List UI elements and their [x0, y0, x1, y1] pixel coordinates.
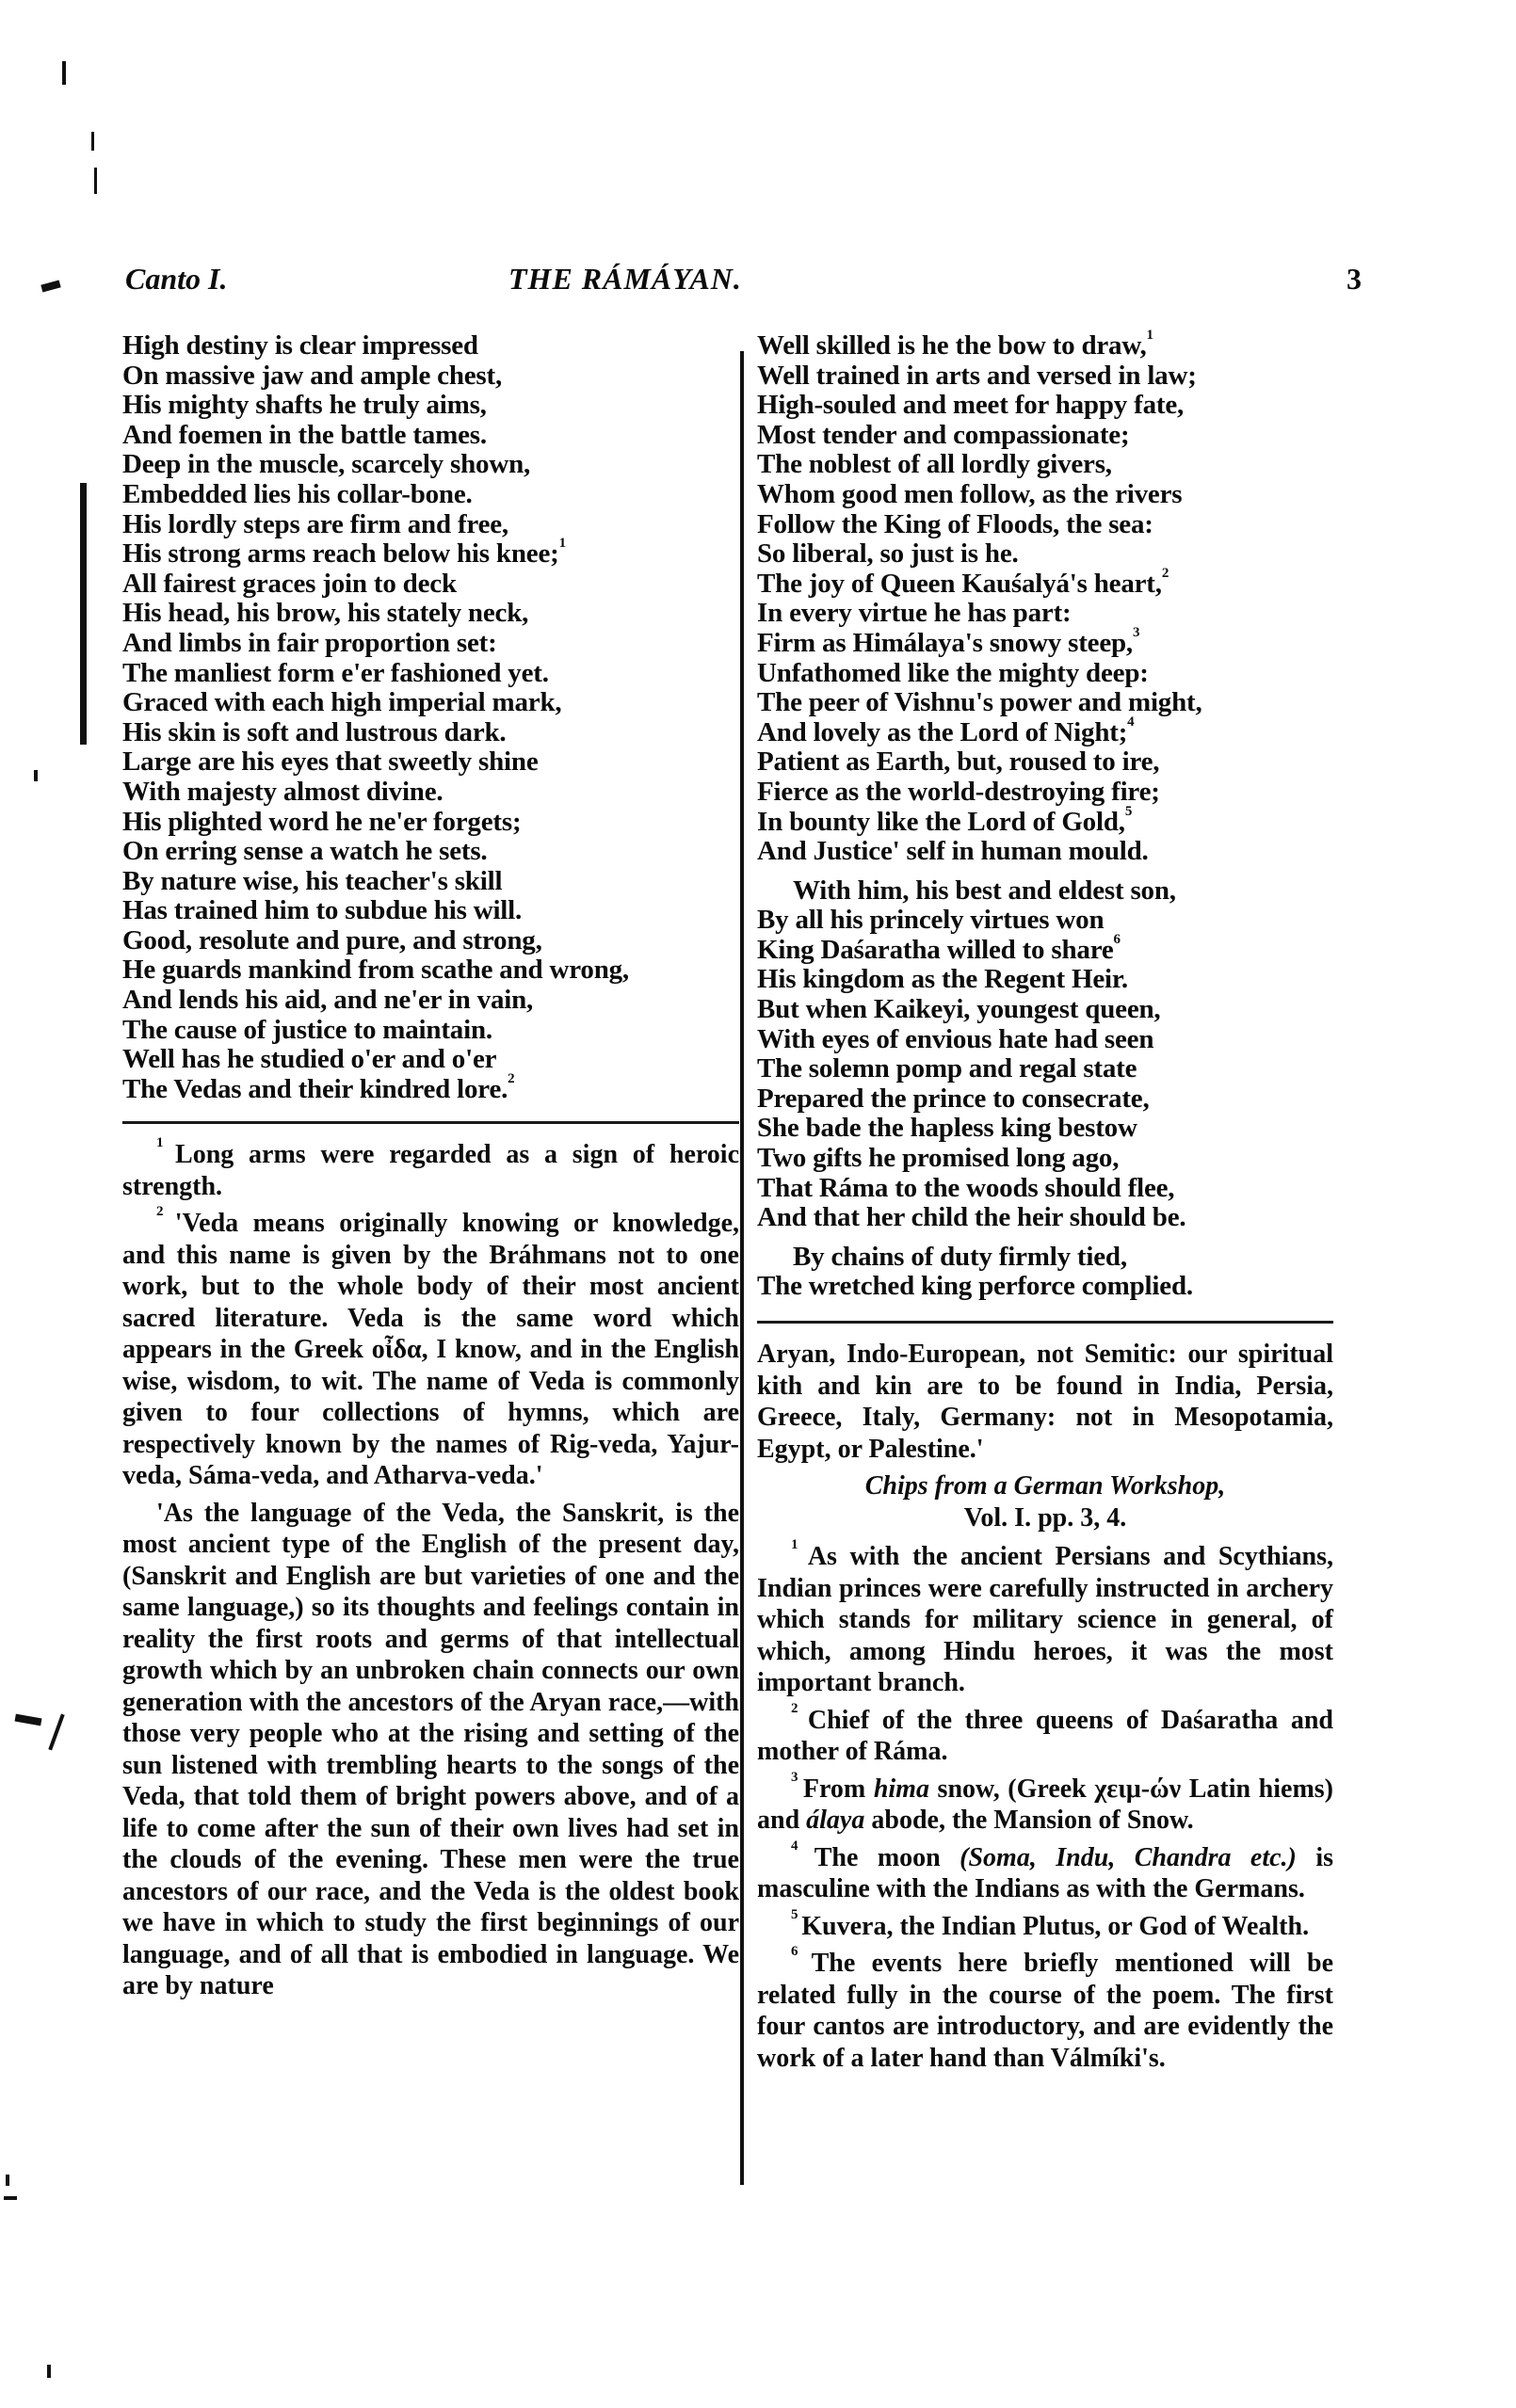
verse-text: And limbs in fair proportion set: [122, 628, 497, 658]
verse-line: With eyes of envious hate had seen [757, 1025, 1333, 1055]
verse-line: High destiny is clear impressed [122, 331, 739, 361]
verse-line: Embedded lies his collar-bone. [122, 480, 739, 510]
verse-line: And that her child the heir should be. [757, 1203, 1333, 1233]
verse-text: His lordly steps are firm and free, [122, 509, 508, 539]
verse-line: On erring sense a watch he sets. [122, 837, 739, 867]
footnote-text: Chief of the three queens of Daśaratha a… [757, 1706, 1333, 1767]
verse-text: The joy of Queen Kauśalyá's heart, [757, 569, 1162, 599]
verse-line: In bounty like the Lord of Gold,5 [757, 808, 1333, 838]
footnote-marker: 1 [1147, 328, 1153, 343]
verse-line: Prepared the prince to consecrate, [757, 1084, 1333, 1115]
verse-line: With majesty almost divine. [122, 778, 739, 808]
footnote-rule [122, 1121, 739, 1124]
verse-line: The wretched king perforce complied. [757, 1272, 1333, 1302]
verse-line: Well skilled is he the bow to draw,1 [757, 331, 1333, 361]
footnote-marker: 2 [1162, 566, 1169, 581]
verse-text: He guards mankind from scathe and wrong, [122, 955, 629, 985]
footnote-marker: 1 [156, 1135, 175, 1150]
verse-text: In every virtue he has part: [757, 598, 1072, 628]
margin-mark [6, 2175, 9, 2186]
verse-text: Whom good men follow, as the rivers [757, 479, 1182, 509]
verse-text: Most tender and compassionate; [757, 420, 1129, 450]
verse-text: His kingdom as the Regent Heir. [757, 964, 1128, 994]
footnote-italic: (Soma, Indu, Chandra etc.) [960, 1843, 1297, 1872]
footnote: 4 The moon (Soma, Indu, Chandra etc.) is… [757, 1842, 1333, 1905]
footnote-text: abode, the Mansion of Snow. [864, 1806, 1193, 1835]
footnote-marker: 3 [1133, 625, 1139, 640]
verse-line: And foemen in the battle tames. [122, 421, 739, 451]
verse-line: On massive jaw and ample chest, [122, 361, 739, 392]
verse-text: Has trained him to subdue his will. [122, 895, 522, 925]
verse-line: His skin is soft and lustrous dark. [122, 718, 739, 748]
left-column: High destiny is clear impressedOn massiv… [122, 331, 739, 2008]
footnote-text: The moon [814, 1843, 960, 1872]
verse-line: By chains of duty firmly tied, [757, 1243, 1333, 1273]
footnote-marker: 1 [559, 536, 566, 551]
verse-text: By nature wise, his teacher's skill [122, 866, 502, 896]
margin-mark [62, 61, 66, 85]
verse-text: And Justice' self in human mould. [757, 836, 1149, 866]
footnote-text: 'Veda means originally knowing or knowle… [122, 1209, 739, 1490]
margin-mark [15, 1714, 42, 1726]
footnote-rule [757, 1321, 1333, 1324]
verse-text: The solemn pomp and regal state [757, 1053, 1137, 1084]
verse-line: His mighty shafts he truly aims, [122, 391, 739, 421]
verse-line: Two gifts he promised long ago, [757, 1144, 1333, 1174]
margin-mark [91, 132, 94, 151]
verse-text: Deep in the muscle, scarcely shown, [122, 449, 530, 479]
footnote-marker: 5 [1125, 804, 1132, 819]
verse-text: That Ráma to the woods should flee, [757, 1173, 1174, 1203]
verse-text: His strong arms reach below his knee; [122, 538, 559, 569]
verse-text: Follow the King of Floods, the sea: [757, 509, 1153, 539]
verse-line: Deep in the muscle, scarcely shown, [122, 450, 739, 480]
verse-line: Large are his eyes that sweetly shine [122, 747, 739, 778]
verse-text: Well has he studied o'er and o'er [122, 1044, 496, 1074]
verse-text: His head, his brow, his stately neck, [122, 598, 528, 628]
verse-line: Graced with each high imperial mark, [122, 688, 739, 718]
book-title: THE RÁMÁYAN. [508, 262, 742, 297]
verse-line: His kingdom as the Regent Heir. [757, 965, 1333, 995]
verse-text: Good, resolute and pure, and strong, [122, 925, 542, 955]
verse-text: On massive jaw and ample chest, [122, 361, 502, 391]
citation-ref: Vol. I. pp. 3, 4. [757, 1502, 1333, 1534]
verse-text: All fairest graces join to deck [122, 569, 457, 599]
verse-text: And lovely as the Lord of Night; [757, 717, 1127, 747]
verse-line: Unfathomed like the mighty deep: [757, 659, 1333, 689]
verse-line: And lends his aid, and ne'er in vain, [122, 986, 739, 1016]
footnote-text: From [803, 1774, 874, 1804]
verse-text: The wretched king perforce complied. [757, 1271, 1193, 1301]
verse-line: Firm as Himálaya's snowy steep,3 [757, 629, 1333, 659]
footnote: 2 Chief of the three queens of Daśaratha… [757, 1705, 1333, 1768]
verse-text: His skin is soft and lustrous dark. [122, 717, 506, 747]
verse-line: In every virtue he has part: [757, 599, 1333, 629]
verse-line: All fairest graces join to deck [122, 570, 739, 600]
verse-line: The Vedas and their kindred lore.2 [122, 1075, 739, 1105]
verse-text: So liberal, so just is he. [757, 538, 1019, 569]
footnote: 3 From hima snow, (Greek χειμ-ών Latin h… [757, 1774, 1333, 1837]
verse-text: The Vedas and their kindred lore. [122, 1074, 508, 1104]
right-column: Well skilled is he the bow to draw,1Well… [757, 331, 1333, 2079]
footnote-marker: 6 [1114, 932, 1121, 947]
footnote-marker: 4 [1127, 714, 1134, 730]
footnote-marker: 6 [791, 1944, 812, 1959]
verse-line: Follow the King of Floods, the sea: [757, 510, 1333, 540]
verse-line: His strong arms reach below his knee;1 [122, 539, 739, 570]
footnote-text: As with the ancient Persians and Scythia… [757, 1542, 1333, 1697]
verse-line: So liberal, so just is he. [757, 539, 1333, 570]
verse-text: She bade the hapless king bestow [757, 1113, 1137, 1143]
verse-text: And foemen in the battle tames. [122, 420, 487, 450]
verse-text: Graced with each high imperial mark, [122, 687, 561, 717]
footnote: 5 Kuvera, the Indian Plutus, or God of W… [757, 1911, 1333, 1943]
canto-label: Canto I. [125, 262, 227, 297]
footnote: 1 As with the ancient Persians and Scyth… [757, 1541, 1333, 1699]
footnote: 2 'Veda means originally knowing or know… [122, 1208, 739, 1492]
verse-line: And lovely as the Lord of Night;4 [757, 718, 1333, 748]
footnote: 1 Long arms were regarded as a sign of h… [122, 1139, 739, 1202]
verse-text: The cause of justice to maintain. [122, 1015, 492, 1045]
verse-text: Large are his eyes that sweetly shine [122, 746, 539, 777]
footnote-text: The events here briefly mentioned will b… [757, 1949, 1333, 2073]
column-divider [740, 351, 744, 2185]
verse-line: Patient as Earth, but, roused to ire, [757, 747, 1333, 778]
verse-text: With him, his best and eldest son, [793, 875, 1176, 906]
verse-line: High-souled and meet for happy fate, [757, 391, 1333, 421]
verse-text: King Daśaratha willed to share [757, 935, 1114, 965]
footnote-marker: 5 [791, 1907, 801, 1922]
verse-line: By all his princely virtues won [757, 906, 1333, 936]
verse-text: On erring sense a watch he sets. [122, 836, 487, 866]
verse-text: The peer of Vishnu's power and might, [757, 687, 1202, 717]
verse-line: Whom good men follow, as the rivers [757, 480, 1333, 510]
verse-text: With eyes of envious hate had seen [757, 1024, 1153, 1054]
verse-line: His plighted word he ne'er forgets; [122, 808, 739, 838]
verse-line: His head, his brow, his stately neck, [122, 599, 739, 629]
footnotes-right: Aryan, Indo-European, not Semitic: our s… [757, 1339, 1333, 2074]
verse-block-right: Well skilled is he the bow to draw,1Well… [757, 331, 1333, 1302]
footnote: 'As the language of the Veda, the Sanskr… [122, 1498, 739, 2002]
verse-text: By chains of duty firmly tied, [793, 1242, 1127, 1272]
margin-mark [47, 2365, 51, 2378]
verse-line: The cause of justice to maintain. [122, 1016, 739, 1046]
verse-text: Well trained in arts and versed in law; [757, 361, 1197, 391]
verse-line: He guards mankind from scathe and wrong, [122, 955, 739, 986]
verse-line: And Justice' self in human mould. [757, 837, 1333, 867]
verse-line: King Daśaratha willed to share6 [757, 936, 1333, 966]
margin-mark [34, 770, 38, 781]
margin-mark [94, 168, 97, 194]
verse-text: Well skilled is he the bow to draw, [757, 330, 1147, 361]
verse-line: His lordly steps are firm and free, [122, 510, 739, 540]
verse-line: But when Kaikeyi, youngest queen, [757, 995, 1333, 1025]
verse-text: With majesty almost divine. [122, 777, 443, 807]
verse-text: His plighted word he ne'er forgets; [122, 807, 521, 837]
footnote-italic: álaya [806, 1806, 864, 1835]
verse-line: With him, his best and eldest son, [757, 876, 1333, 907]
verse-line: That Ráma to the woods should flee, [757, 1174, 1333, 1204]
verse-line: Well trained in arts and versed in law; [757, 361, 1333, 392]
verse-text: Embedded lies his collar-bone. [122, 479, 473, 509]
footnote-text: 'As the language of the Veda, the Sanskr… [122, 1499, 739, 2001]
margin-mark [48, 1714, 64, 1751]
verse-text: Firm as Himálaya's snowy steep, [757, 628, 1133, 658]
verse-text: But when Kaikeyi, youngest queen, [757, 994, 1160, 1024]
margin-bar [80, 483, 87, 745]
running-header: Canto I. THE RÁMÁYAN. 3 [0, 262, 1516, 303]
footnote-text: Kuvera, the Indian Plutus, or God of Wea… [801, 1912, 1309, 1941]
verse-text: Two gifts he promised long ago, [757, 1143, 1119, 1173]
footnote-marker: 2 [791, 1701, 808, 1716]
verse-text: Fierce as the world-destroying fire; [757, 777, 1160, 807]
verse-text: High destiny is clear impressed [122, 330, 478, 361]
verse-line: Well has he studied o'er and o'er [122, 1045, 739, 1075]
verse-line: She bade the hapless king bestow [757, 1114, 1333, 1144]
verse-block-left: High destiny is clear impressedOn massiv… [122, 331, 739, 1104]
verse-line: The noblest of all lordly givers, [757, 450, 1333, 480]
footnote: 6 The events here briefly mentioned will… [757, 1948, 1333, 2074]
verse-line: Most tender and compassionate; [757, 421, 1333, 451]
footnote-marker: 2 [508, 1071, 514, 1086]
footnote-marker: 1 [791, 1537, 808, 1552]
verse-text: By all his princely virtues won [757, 905, 1104, 935]
verse-text: The noblest of all lordly givers, [757, 449, 1112, 479]
verse-text: And lends his aid, and ne'er in vain, [122, 985, 533, 1015]
page-number: 3 [1347, 262, 1362, 297]
verse-line: Fierce as the world-destroying fire; [757, 778, 1333, 808]
verse-text: And that her child the heir should be. [757, 1202, 1185, 1232]
footnotes-left: 1 Long arms were regarded as a sign of h… [122, 1139, 739, 2002]
verse-line: The peer of Vishnu's power and might, [757, 688, 1333, 718]
verse-text: In bounty like the Lord of Gold, [757, 807, 1125, 837]
continued-note: Aryan, Indo-European, not Semitic: our s… [757, 1339, 1333, 1465]
verse-line: The manliest form e'er fashioned yet. [122, 659, 739, 689]
verse-line: And limbs in fair proportion set: [122, 629, 739, 659]
verse-line: The joy of Queen Kauśalyá's heart,2 [757, 570, 1333, 600]
verse-text: The manliest form e'er fashioned yet. [122, 658, 549, 688]
footnote-text: Long arms were regarded as a sign of her… [122, 1140, 739, 1201]
verse-text: Patient as Earth, but, roused to ire, [757, 746, 1159, 777]
footnote-marker: 4 [791, 1838, 814, 1854]
verse-line: Has trained him to subdue his will. [122, 896, 739, 926]
verse-text: His mighty shafts he truly aims, [122, 390, 487, 420]
verse-line: The solemn pomp and regal state [757, 1054, 1333, 1084]
footnote-marker: 2 [156, 1204, 175, 1219]
verse-line: Good, resolute and pure, and strong, [122, 926, 739, 956]
verse-text: Unfathomed like the mighty deep: [757, 658, 1149, 688]
verse-text: High-souled and meet for happy fate, [757, 390, 1184, 420]
verse-text: Prepared the prince to consecrate, [757, 1084, 1150, 1114]
footnote-italic: hima [874, 1774, 929, 1804]
verse-line: By nature wise, his teacher's skill [122, 867, 739, 897]
margin-mark [4, 2196, 17, 2200]
citation-title: Chips from a German Workshop, [757, 1470, 1333, 1502]
footnote-marker: 3 [791, 1770, 803, 1785]
